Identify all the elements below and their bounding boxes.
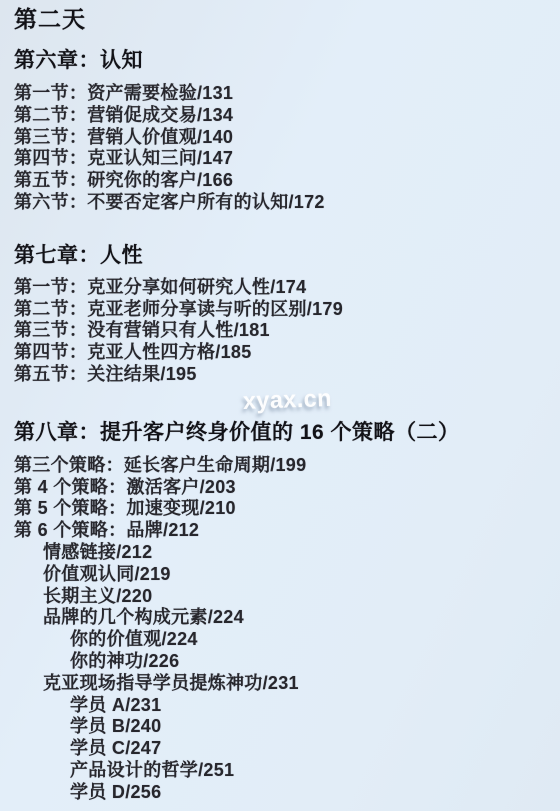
toc-item: 你的价值观/224 [14,629,550,651]
toc-item: 学员 B/240 [14,716,550,738]
chapter-8-title: 第八章：提升客户终身价值的 16 个策略（二） [14,420,550,446]
toc-item: 第三节：营销人价值观/140 [14,127,550,149]
toc-item: 长期主义/220 [14,586,550,608]
toc-item: 第一节：资产需要检验/131 [14,83,550,105]
toc-item: 第三个策略：延长客户生命周期/199 [14,455,550,477]
toc-item: 第二节：营销促成交易/134 [14,105,550,127]
chapter-6-title: 第六章：认知 [14,48,550,74]
toc-item: 第 6 个策略：品牌/212 [14,520,550,542]
toc-item: 克亚现场指导学员提炼神功/231 [14,673,550,695]
toc-item: 产品设计的哲学/251 [14,760,550,782]
toc-item: 学员 C/247 [14,738,550,760]
toc-item: 价值观认同/219 [14,564,550,586]
toc-page: 第二天 第六章：认知 第一节：资产需要检验/131第二节：营销促成交易/134第… [0,0,560,811]
chapter-7-items: 第一节：克亚分享如何研究人性/174第二节：克亚老师分享读与听的区别/179第三… [14,277,550,386]
chapter-section-8: 第八章：提升客户终身价值的 16 个策略（二） 第三个策略：延长客户生命周期/1… [14,420,550,804]
chapter-section-7: 第七章：人性 第一节：克亚分享如何研究人性/174第二节：克亚老师分享读与听的区… [14,243,550,386]
watermark: xyax.cn [243,385,333,416]
toc-item: 第 4 个策略：激活客户/203 [14,477,550,499]
toc-item: 第五节：研究你的客户/166 [14,170,550,192]
toc-item: 第三节：没有营销只有人性/181 [14,320,550,342]
toc-item: 品牌的几个构成元素/224 [14,607,550,629]
toc-item: 学员 D/256 [14,782,550,804]
toc-item: 第二节：克亚老师分享读与听的区别/179 [14,299,550,321]
toc-item: 第四节：克亚人性四方格/185 [14,342,550,364]
chapter-6-items: 第一节：资产需要检验/131第二节：营销促成交易/134第三节：营销人价值观/1… [14,83,550,214]
chapter-section-6: 第六章：认知 第一节：资产需要检验/131第二节：营销促成交易/134第三节：营… [14,48,550,214]
toc-item: 第五节：关注结果/195 [14,364,550,386]
toc-item: 你的神功/226 [14,651,550,673]
toc-item: 第 5 个策略：加速变现/210 [14,498,550,520]
toc-item: 学员 A/231 [14,695,550,717]
part-title: 第二天 [14,5,550,33]
toc-item: 第一节：克亚分享如何研究人性/174 [14,277,550,299]
chapter-7-title: 第七章：人性 [14,243,550,269]
chapter-8-items: 第三个策略：延长客户生命周期/199第 4 个策略：激活客户/203第 5 个策… [14,455,550,804]
toc-item: 情感链接/212 [14,542,550,564]
toc-item: 第四节：克亚认知三问/147 [14,148,550,170]
toc-item: 第六节：不要否定客户所有的认知/172 [14,192,550,214]
